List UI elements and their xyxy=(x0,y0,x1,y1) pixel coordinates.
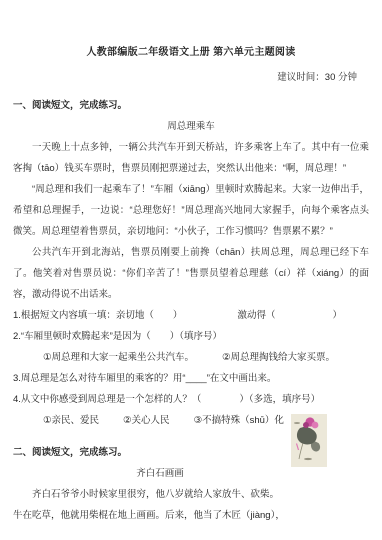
passage2-line-1: 齐白石爷爷小时候家里很穷，他八岁就给人家放牛、砍柴。 xyxy=(13,484,307,505)
question-1-blank-2: 激动得（ ） xyxy=(237,305,342,326)
passage1-paragraph-1: 一天晚上十点多钟，一辆公共汽车开到天桥站，许多乘客上车了。其中有一位乘客掏（tā… xyxy=(13,137,369,179)
passage1-title: 周总理乘车 xyxy=(13,116,369,137)
question-1-text: 1.根据短文内容填一填：亲切地（ ） xyxy=(13,305,182,326)
suggested-time: 建议时间：30 分钟 xyxy=(13,72,369,84)
passage2-line-2: 牛在吃草，他就用柴棍在地上画画。后来，他当了木匠（jiàng）， xyxy=(13,505,307,526)
question-3: 3.周总理是怎么对待车厢里的乘客的？用“____”在文中画出来。 xyxy=(13,368,369,389)
qi-baishi-lotus-painting-icon xyxy=(291,414,327,467)
passage2-title: 齐白石画画 xyxy=(13,463,307,484)
question-2-option-1: ①周总理和大家一起乘坐公共汽车。 xyxy=(43,347,194,368)
question-1: 1.根据短文内容填一填：亲切地（ ） 激动得（ ） xyxy=(13,305,369,326)
question-4-option-2: ②关心人民 xyxy=(123,410,170,431)
question-2-options: ①周总理和大家一起乘坐公共汽车。 ②周总理掏钱给大家买票。 xyxy=(13,347,369,368)
painting-fish-bottom xyxy=(304,458,312,460)
question-4-option-1: ①亲民、爱民 xyxy=(43,410,99,431)
document-page: 人教部编版二年级语文上册 第六单元主题阅读 建议时间：30 分钟 一、阅读短文，… xyxy=(0,0,382,540)
question-4: 4.从文中你感受到周总理是一个怎样的人？（ ）（多选，填序号） xyxy=(13,389,369,410)
question-2: 2.“车厢里顿时欢腾起来”是因为（ ）（填序号） xyxy=(13,326,369,347)
passage1-paragraph-3: 公共汽车开到北海站，售票员刚要上前搀（chān）扶周总理，周总理已经下车了。他笑… xyxy=(13,242,369,305)
section1-heading: 一、阅读短文，完成练习。 xyxy=(13,95,369,116)
question-4-option-3: ③不搞特殊（shū）化 xyxy=(194,410,284,431)
painting-flower-petal xyxy=(312,422,319,429)
section-1: 一、阅读短文，完成练习。 周总理乘车 一天晚上十点多钟，一辆公共汽车开到天桥站，… xyxy=(13,95,369,431)
page-title: 人教部编版二年级语文上册 第六单元主题阅读 xyxy=(13,46,369,59)
passage1-paragraph-2: “周总理和我们一起乘车了！”车厢（xiāng）里顿时欢腾起来。大家一边伸出手，希… xyxy=(13,179,369,242)
painting-fish-top xyxy=(294,422,300,424)
painting-flower-petal xyxy=(303,422,309,428)
question-2-option-2: ②周总理掏钱给大家买票。 xyxy=(222,347,335,368)
